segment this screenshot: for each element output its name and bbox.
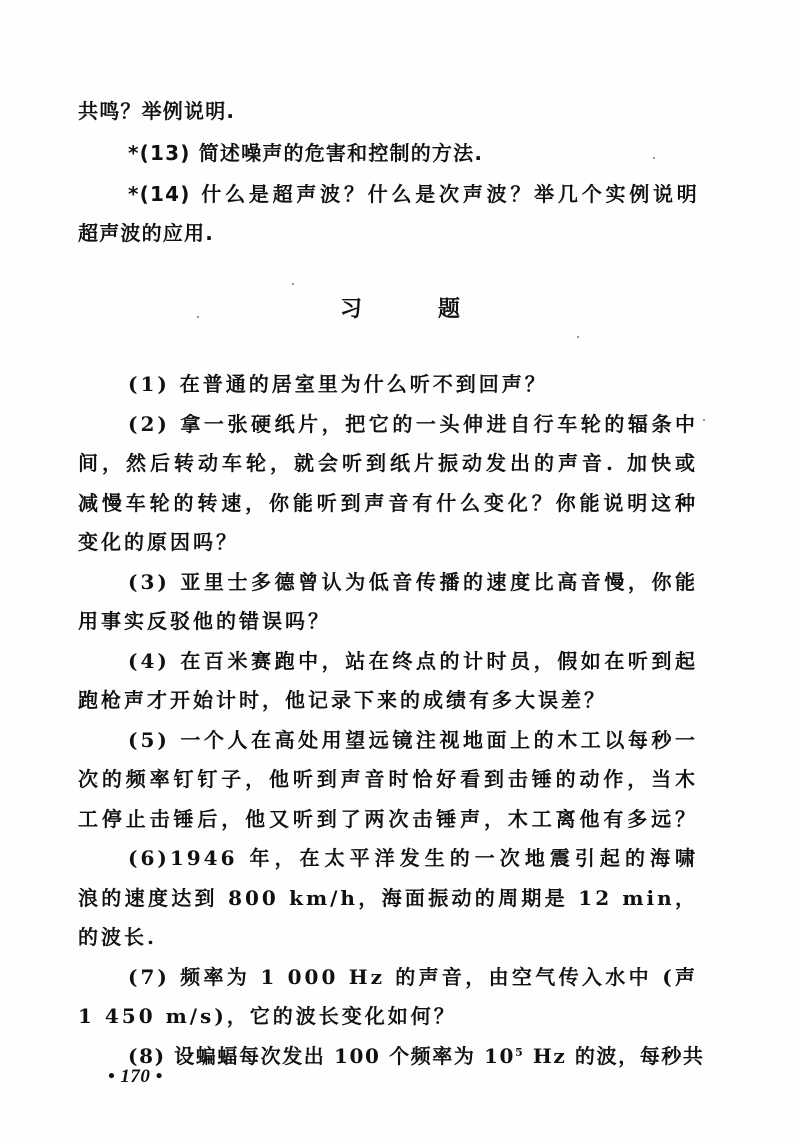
- exercise-2-line-4: 变化的原因吗？: [78, 529, 698, 555]
- section-heading-exercises: 习 题: [340, 292, 460, 323]
- exercise-7-line-1: (7) 频率为 1 000 Hz 的声音，由空气传入水中 (声速: [128, 964, 698, 990]
- scan-speck: [197, 316, 199, 318]
- heading-char-1: 习: [340, 292, 362, 323]
- book-page: 共鸣？举例说明. *(13) 简述噪声的危害和控制的方法. *(14) 什么是超…: [0, 0, 800, 1143]
- exercise-5-line-1: (5) 一个人在高处用望远镜注视地面上的木工以每秒一: [128, 727, 698, 753]
- scan-speck: [703, 419, 705, 421]
- exercise-6-line-2: 浪的速度达到 800 km/h，海面振动的周期是 12 min，求海浪: [78, 885, 698, 911]
- exercise-8-text-before: (8) 设蝙蝠每次发出 100 个频率为 10: [128, 1044, 515, 1068]
- review-question-13: *(13) 简述噪声的危害和控制的方法.: [128, 140, 698, 166]
- heading-char-2: 题: [438, 292, 460, 323]
- exercise-3-line-1: (3) 亚里士多德曾认为低音传播的速度比高音慢，你能: [128, 569, 698, 595]
- exercise-6-line-3: 的波长.: [78, 924, 698, 950]
- scan-speck: [292, 283, 294, 285]
- exercise-2-line-1: (2) 拿一张硬纸片，把它的一头伸进自行车轮的辐条中: [128, 411, 698, 437]
- exercise-6-line-1: (6)1946 年，在太平洋发生的一次地震引起的海啸中，海: [128, 845, 698, 871]
- scan-speck: [95, 782, 97, 784]
- exercise-2-line-2: 间，然后转动车轮，就会听到纸片振动发出的声音. 加快或: [78, 450, 698, 476]
- page-number: • 170 •: [108, 1066, 163, 1088]
- exercise-2-line-3: 减慢车轮的转速，你能听到声音有什么变化？你能说明这种: [78, 490, 698, 516]
- exercise-3-line-2: 用事实反驳他的错误吗？: [78, 608, 698, 634]
- exercise-4-line-1: (4) 在百米赛跑中，站在终点的计时员，假如在听到起: [128, 648, 698, 674]
- review-question-14-line-2: 超声波的应用.: [78, 220, 698, 246]
- scan-speck: [653, 157, 655, 159]
- exercise-1: (1) 在普通的居室里为什么听不到回声？: [128, 371, 698, 397]
- review-question-14-line-1: *(14) 什么是超声波？什么是次声波？举几个实例说明: [128, 181, 698, 207]
- exercise-5-line-2: 次的频率钉钉子，他听到声音时恰好看到击锤的动作，当木: [78, 766, 698, 792]
- exercise-7-line-2: 1 450 m/s)，它的波长变化如何？: [78, 1003, 698, 1029]
- exercise-4-line-2: 跑枪声才开始计时，他记录下来的成绩有多大误差？: [78, 687, 698, 713]
- scan-speck: [577, 336, 579, 338]
- exercise-8-exponent: 5: [515, 1046, 524, 1059]
- review-question-12-end: 共鸣？举例说明.: [78, 98, 698, 124]
- exercise-8-line-1: (8) 设蝙蝠每次发出 100 个频率为 105 Hz 的波，每秒共: [128, 1043, 698, 1069]
- exercise-8-text-after: Hz 的波，每秒共: [524, 1044, 704, 1068]
- exercise-5-line-3: 工停止击锤后，他又听到了两次击锤声，木工离他有多远？: [78, 806, 698, 832]
